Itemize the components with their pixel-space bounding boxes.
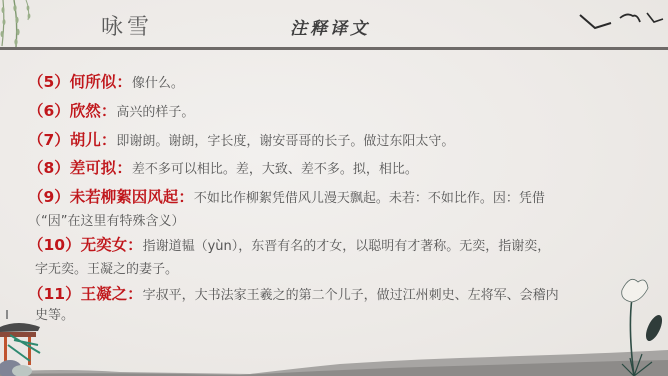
annotation-definition: 差不多可以相比。差，大致、差不多。拟，相比。 (132, 162, 418, 177)
annotation-number: （6） (28, 102, 70, 120)
header-divider (0, 47, 668, 50)
annotation-number: （8） (28, 159, 70, 177)
annotation-definition: 不如比作柳絮凭借风儿漫天飘起。未若：不如比作。因：凭借 (194, 191, 545, 206)
annotation-item: （8）差可拟：差不多可以相比。差，大致、差不多。拟，相比。 (28, 157, 418, 181)
willow-branches-icon (0, 0, 45, 48)
annotation-item: （6）欣然：高兴的样子。 (28, 100, 194, 124)
annotation-colon: ： (127, 285, 143, 303)
annotation-term: 无奕女 (81, 236, 128, 254)
annotation-number: （5） (28, 73, 70, 91)
annotation-item: （7）胡儿：即谢朗。谢朗，字长度，谢安哥哥的长子。做过东阳太守。 (28, 129, 454, 153)
slide-header: 咏雪 注释译文 (0, 0, 668, 48)
annotation-definition: 指谢道韫（yùn），东晋有名的才女，以聪明有才著称。无奕，指谢奕， (143, 239, 551, 254)
annotation-term: 欣然 (70, 102, 101, 120)
annotation-item: （5）何所似：像什么。 (28, 71, 184, 95)
annotation-colon: ： (116, 159, 132, 177)
ink-mountains-icon (0, 350, 668, 376)
annotation-colon: ： (116, 73, 132, 91)
pavilion-icon (0, 305, 50, 376)
annotation-term: 未若柳絮因风起 (70, 188, 179, 206)
annotation-colon: ： (101, 102, 117, 120)
annotation-definition: 字叔平，大书法家王羲之的第二个儿子，做过江州刺史、左将军、会稽内 (143, 288, 559, 303)
annotation-continuation: 字无奕。王凝之的妻子。 (35, 258, 178, 277)
annotation-number: （9） (28, 188, 70, 206)
birds-icon (575, 10, 668, 34)
lotus-icon (612, 268, 668, 376)
annotation-term: 胡儿 (70, 131, 101, 149)
slide: 咏雪 注释译文 （5）何所似：像什么。 （6）欣然：高兴的样子。 （7）胡儿：即… (0, 0, 668, 376)
annotation-number: （7） (28, 131, 70, 149)
annotation-colon: ： (101, 131, 117, 149)
annotation-colon: ： (127, 236, 143, 254)
annotation-definition: 即谢朗。谢朗，字长度，谢安哥哥的长子。做过东阳太守。 (116, 134, 454, 149)
annotation-term: 差可拟 (70, 159, 117, 177)
annotation-item: （9）未若柳絮因风起：不如比作柳絮凭借风儿漫天飘起。未若：不如比作。因：凭借 (28, 186, 545, 210)
annotation-term: 何所似 (70, 73, 117, 91)
annotation-definition: 像什么。 (132, 76, 184, 91)
annotation-item: （10）无奕女：指谢道韫（yùn），东晋有名的才女，以聪明有才著称。无奕，指谢奕… (28, 234, 550, 258)
annotation-number: （10） (28, 236, 81, 254)
annotation-item: （11）王凝之：字叔平，大书法家王羲之的第二个儿子，做过江州刺史、左将军、会稽内 (28, 283, 559, 307)
slide-subtitle: 注释译文 (290, 14, 370, 39)
annotation-number: （11） (28, 285, 81, 303)
slide-title: 咏雪 (101, 10, 153, 41)
annotation-term: 王凝之 (81, 285, 128, 303)
annotation-colon: ： (178, 188, 194, 206)
annotation-continuation: （“因”在这里有特殊含义） (28, 210, 184, 229)
annotation-definition: 高兴的样子。 (116, 105, 194, 120)
